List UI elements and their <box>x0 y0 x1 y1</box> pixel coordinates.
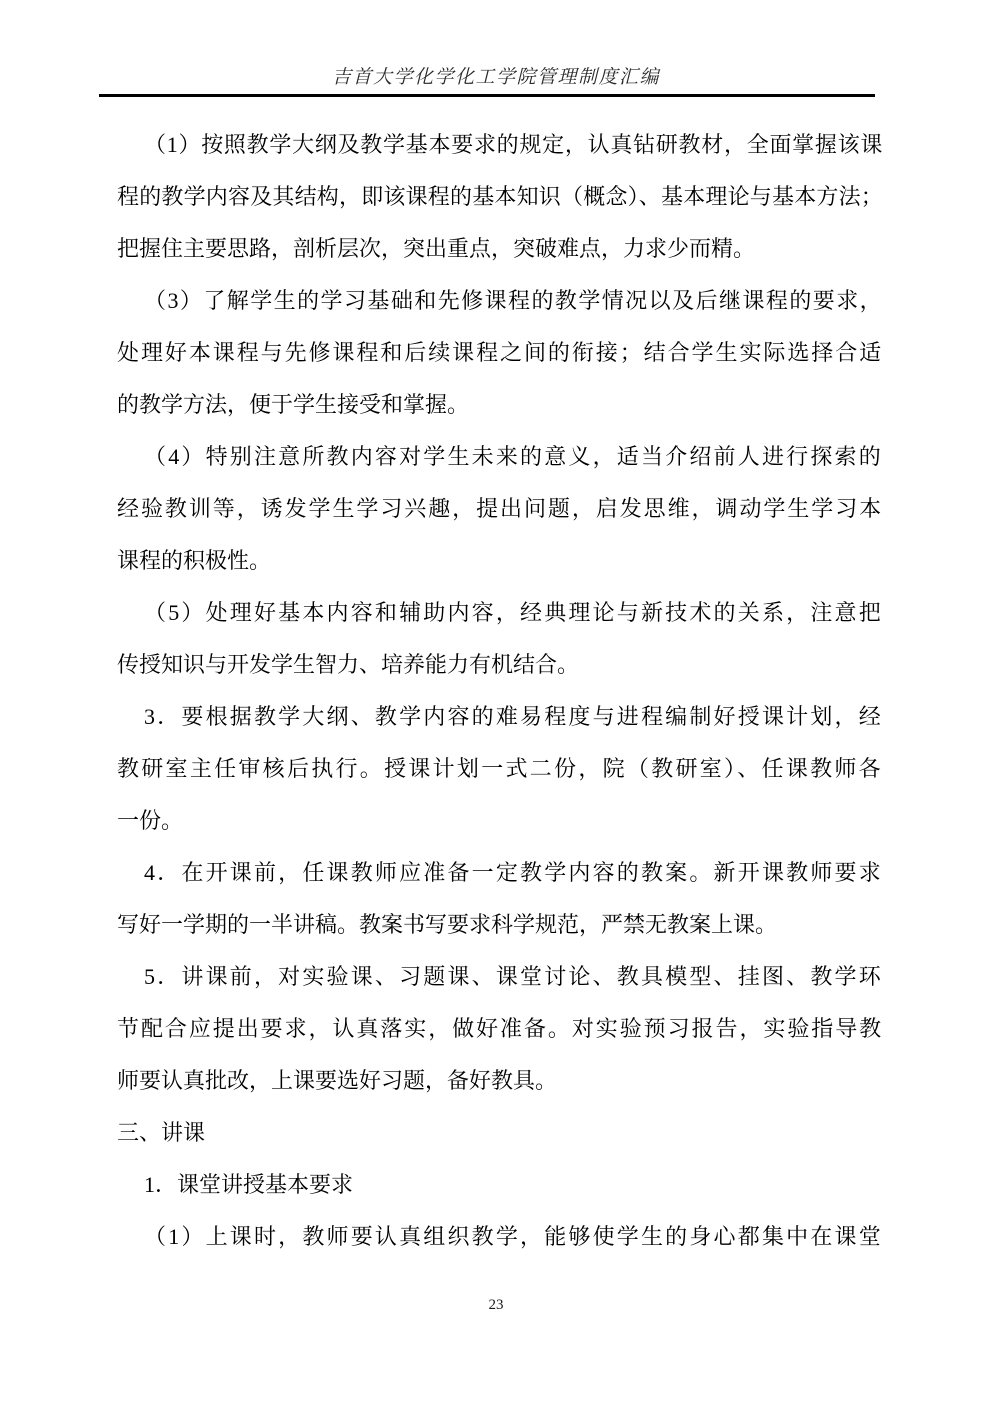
line-text: （3）了解学生的学习基础和先修课程的教学情况以及后继课程的要求， <box>144 288 883 313</box>
line-text: 的教学方法，便于学生接受和掌握。 <box>117 392 469 417</box>
section-heading: 三、讲课 <box>117 1107 883 1159</box>
paragraph-line: 传授知识与开发学生智力、培养能力有机结合。 <box>117 639 883 691</box>
paragraph: （1）上课时，教师要认真组织教学，能够使学生的身心都集中在课堂 <box>117 1211 883 1263</box>
paragraph-line: 一份。 <box>117 795 883 847</box>
paragraph-line: 把握住主要思路，剖析层次，突出重点，突破难点，力求少而精。 <box>117 223 883 275</box>
paragraph-line: 4．在开课前，任课教师应准备一定教学内容的教案。新开课教师要求 <box>117 847 883 899</box>
paragraph-line: （1）上课时，教师要认真组织教学，能够使学生的身心都集中在课堂 <box>117 1211 883 1263</box>
line-text: （5）处理好基本内容和辅助内容，经典理论与新技术的关系，注意把 <box>144 600 883 625</box>
paragraph-line: 师要认真批改，上课要选好习题，备好教具。 <box>117 1055 883 1107</box>
paragraph-line: 课程的积极性。 <box>117 535 883 587</box>
paragraph-line: 节配合应提出要求，认真落实，做好准备。对实验预习报告，实验指导教 <box>117 1003 883 1055</box>
paragraph-line: （1）按照教学大纲及教学基本要求的规定，认真钻研教材，全面掌握该课 <box>117 119 883 171</box>
paragraph-line: 的教学方法，便于学生接受和掌握。 <box>117 379 883 431</box>
line-text: 5．讲课前，对实验课、习题课、课堂讨论、教具模型、挂图、教学环 <box>144 964 883 989</box>
line-text: 1．课堂讲授基本要求 <box>144 1172 353 1197</box>
line-text: 程的教学内容及其结构，即该课程的基本知识（概念）、基本理论与基本方法； <box>117 184 883 209</box>
line-text: 4．在开课前，任课教师应准备一定教学内容的教案。新开课教师要求 <box>144 860 883 885</box>
paragraph-line: 写好一学期的一半讲稿。教案书写要求科学规范，严禁无教案上课。 <box>117 899 883 951</box>
line-text: （1）按照教学大纲及教学基本要求的规定，认真钻研教材，全面掌握该课 <box>144 132 883 157</box>
document-page: 吉首大学化学化工学院管理制度汇编 （1）按照教学大纲及教学基本要求的规定，认真钻… <box>0 0 992 1403</box>
paragraph-line: 处理好本课程与先修课程和后续课程之间的衔接；结合学生实际选择合适 <box>117 327 883 379</box>
line-text: 一份。 <box>117 808 183 833</box>
document-body: （1）按照教学大纲及教学基本要求的规定，认真钻研教材，全面掌握该课程的教学内容及… <box>117 119 883 1263</box>
paragraph-line: 5．讲课前，对实验课、习题课、课堂讨论、教具模型、挂图、教学环 <box>117 951 883 1003</box>
paragraph: （4）特别注意所教内容对学生未来的意义，适当介绍前人进行探索的经验教训等，诱发学… <box>117 431 883 587</box>
line-text: 把握住主要思路，剖析层次，突出重点，突破难点，力求少而精。 <box>117 236 755 261</box>
line-text: 3．要根据教学大纲、教学内容的难易程度与进程编制好授课计划，经 <box>144 704 883 729</box>
paragraph-line: （5）处理好基本内容和辅助内容，经典理论与新技术的关系，注意把 <box>117 587 883 639</box>
paragraph-line: （3）了解学生的学习基础和先修课程的教学情况以及后继课程的要求， <box>117 275 883 327</box>
paragraph: 1．课堂讲授基本要求 <box>117 1159 883 1211</box>
line-text: （4）特别注意所教内容对学生未来的意义，适当介绍前人进行探索的 <box>144 444 883 469</box>
section-heading-line: 三、讲课 <box>117 1107 883 1159</box>
line-text: 传授知识与开发学生智力、培养能力有机结合。 <box>117 652 579 677</box>
paragraph: 5．讲课前，对实验课、习题课、课堂讨论、教具模型、挂图、教学环节配合应提出要求，… <box>117 951 883 1107</box>
paragraph: （1）按照教学大纲及教学基本要求的规定，认真钻研教材，全面掌握该课程的教学内容及… <box>117 119 883 275</box>
line-text: 节配合应提出要求，认真落实，做好准备。对实验预习报告，实验指导教 <box>117 1016 883 1041</box>
line-text: 教研室主任审核后执行。授课计划一式二份，院（教研室）、任课教师各 <box>117 756 883 781</box>
line-text: 课程的积极性。 <box>117 548 271 573</box>
paragraph-line: 1．课堂讲授基本要求 <box>117 1159 883 1211</box>
paragraph: 4．在开课前，任课教师应准备一定教学内容的教案。新开课教师要求写好一学期的一半讲… <box>117 847 883 951</box>
header-title: 吉首大学化学化工学院管理制度汇编 <box>0 62 992 89</box>
line-text: 处理好本课程与先修课程和后续课程之间的衔接；结合学生实际选择合适 <box>117 340 883 365</box>
paragraph: （3）了解学生的学习基础和先修课程的教学情况以及后继课程的要求，处理好本课程与先… <box>117 275 883 431</box>
header-rule <box>99 94 875 97</box>
line-text: （1）上课时，教师要认真组织教学，能够使学生的身心都集中在课堂 <box>144 1224 883 1249</box>
line-text: 三、讲课 <box>117 1120 205 1145</box>
paragraph-line: 经验教训等，诱发学生学习兴趣，提出问题，启发思维，调动学生学习本 <box>117 483 883 535</box>
paragraph-line: 3．要根据教学大纲、教学内容的难易程度与进程编制好授课计划，经 <box>117 691 883 743</box>
paragraph-line: （4）特别注意所教内容对学生未来的意义，适当介绍前人进行探索的 <box>117 431 883 483</box>
line-text: 经验教训等，诱发学生学习兴趣，提出问题，启发思维，调动学生学习本 <box>117 496 883 521</box>
paragraph-line: 教研室主任审核后执行。授课计划一式二份，院（教研室）、任课教师各 <box>117 743 883 795</box>
line-text: 写好一学期的一半讲稿。教案书写要求科学规范，严禁无教案上课。 <box>117 912 777 937</box>
line-text: 师要认真批改，上课要选好习题，备好教具。 <box>117 1068 557 1093</box>
paragraph-line: 程的教学内容及其结构，即该课程的基本知识（概念）、基本理论与基本方法； <box>117 171 883 223</box>
page-number: 23 <box>0 1297 992 1314</box>
paragraph: 3．要根据教学大纲、教学内容的难易程度与进程编制好授课计划，经教研室主任审核后执… <box>117 691 883 847</box>
paragraph: （5）处理好基本内容和辅助内容，经典理论与新技术的关系，注意把传授知识与开发学生… <box>117 587 883 691</box>
